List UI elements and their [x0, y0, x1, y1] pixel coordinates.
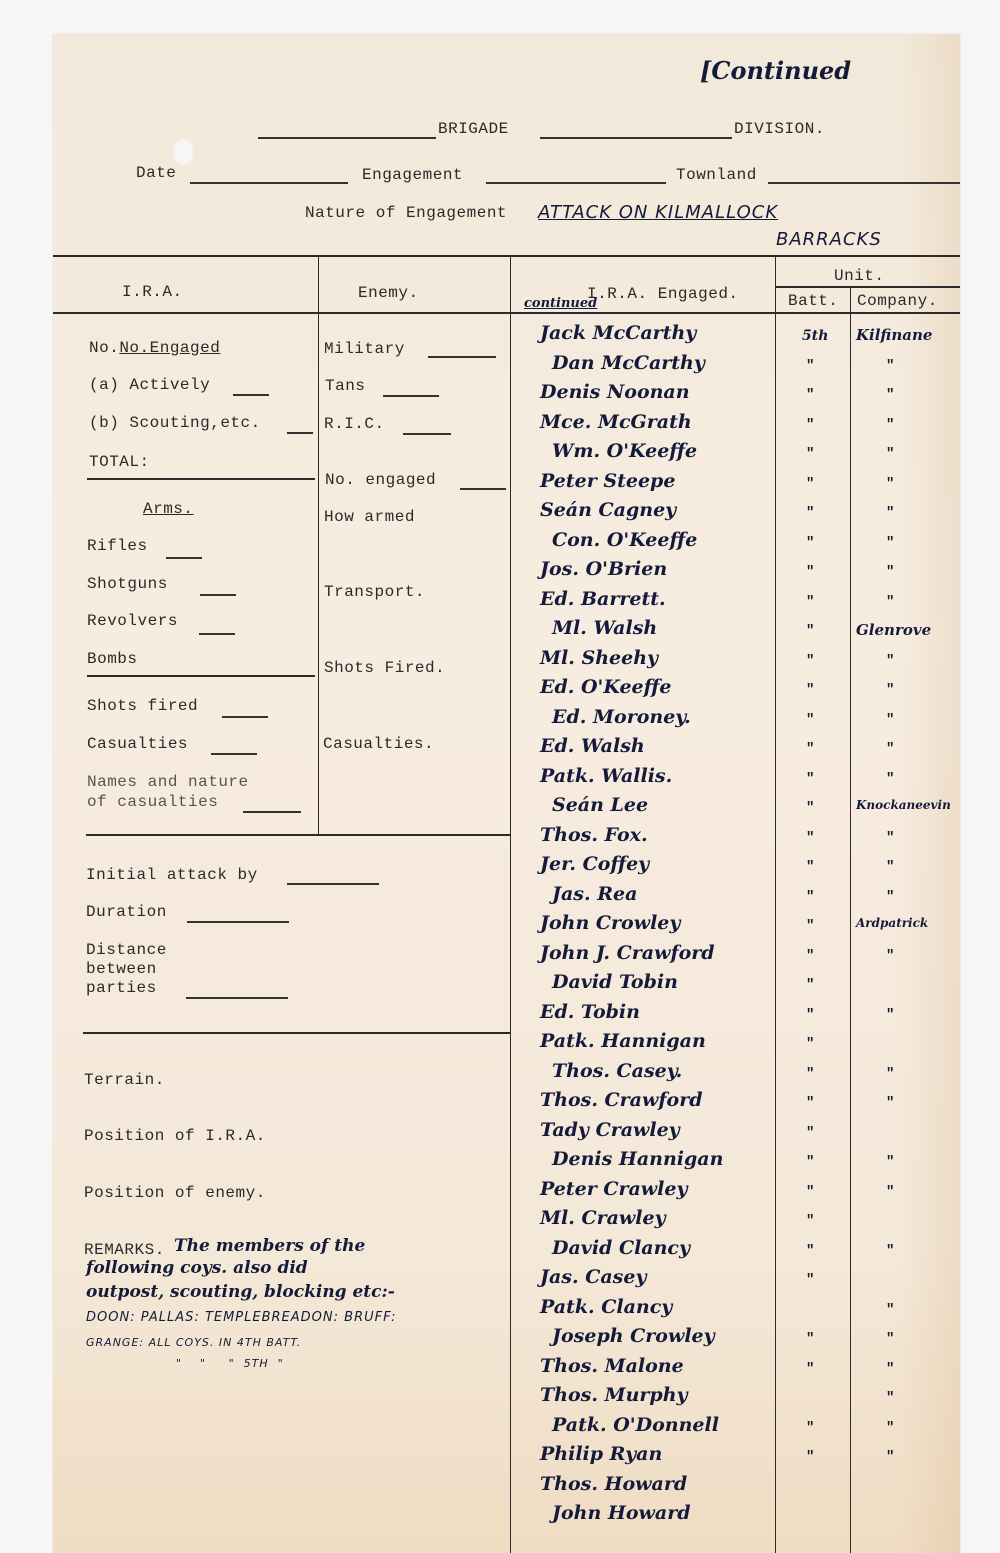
engaged-batt: " — [806, 417, 814, 433]
engaged-company: " — [886, 358, 894, 374]
engaged-name: Thos. Crawford — [540, 1089, 703, 1111]
engaged-company: " — [886, 889, 894, 905]
tans-field[interactable] — [383, 395, 439, 397]
engaged-company: " — [886, 446, 894, 462]
distance-label-1: Distance — [86, 941, 167, 959]
engaged-batt: " — [806, 948, 814, 964]
engaged-company: " — [886, 1361, 894, 1377]
actively-label: (a) Actively — [89, 376, 210, 394]
engaged-batt: " — [806, 859, 814, 875]
col-header-batt: Batt. — [788, 292, 839, 310]
remarks-line-4: DOON: PALLAS: TEMPLEBREADON: BRUFF: — [86, 1310, 396, 1325]
position-enemy-label: Position of enemy. — [84, 1184, 266, 1202]
engaged-batt-divider — [775, 256, 776, 1553]
bombs-label: Bombs — [87, 650, 138, 668]
col-header-company: Company. — [857, 292, 938, 310]
engagement-label: Engagement — [362, 166, 463, 184]
engaged-name: Ml. Sheehy — [540, 647, 658, 669]
engaged-batt: " — [806, 830, 814, 846]
engaged-batt: 5th — [802, 328, 828, 344]
rifles-label: Rifles — [87, 537, 148, 555]
engaged-batt: " — [806, 741, 814, 757]
ric-field[interactable] — [403, 433, 451, 435]
brigade-field[interactable] — [258, 137, 436, 139]
engaged-name: David Clancy — [552, 1237, 690, 1259]
ira-shots-fired-field[interactable] — [222, 716, 268, 718]
engaged-name: Thos. Malone — [540, 1355, 684, 1377]
continued-annotation: [Continued — [700, 56, 851, 85]
engaged-name: Seán Lee — [552, 794, 648, 816]
enemy-shots-fired-label: Shots Fired. — [324, 659, 445, 677]
nature-of-engagement-value-line2: BARRACKS — [776, 229, 882, 250]
distance-label-3: parties — [86, 979, 157, 997]
distance-label-2: between — [86, 960, 157, 978]
terrain-label: Terrain. — [84, 1071, 165, 1089]
names-nature-label-1: Names and nature — [87, 773, 249, 791]
nature-of-engagement-value-line1: ATTACK ON KILMALLOCK — [538, 202, 778, 223]
enemy-casualties-label: Casualties. — [323, 735, 434, 753]
engaged-batt: " — [806, 1154, 814, 1170]
unit-subheader-rule — [776, 286, 960, 288]
engaged-company: " — [886, 1154, 894, 1170]
engaged-batt: " — [806, 1361, 814, 1377]
engaged-batt: " — [806, 1420, 814, 1436]
engaged-batt: " — [806, 1095, 814, 1111]
engaged-company: " — [886, 741, 894, 757]
engaged-company: " — [886, 1007, 894, 1023]
date-field[interactable] — [190, 182, 348, 184]
engaged-company: " — [886, 505, 894, 521]
engaged-company: " — [886, 476, 894, 492]
engaged-company: " — [886, 1331, 894, 1347]
engaged-batt: " — [806, 564, 814, 580]
engaged-batt: " — [806, 771, 814, 787]
engaged-name: Thos. Casey. — [552, 1060, 682, 1082]
military-label: Military — [324, 340, 405, 358]
engaged-batt: " — [806, 800, 814, 816]
remarks-line-1: The members of the — [174, 1236, 365, 1256]
continued-note: continued — [524, 296, 597, 311]
engaged-company: " — [886, 1184, 894, 1200]
engaged-batt: " — [806, 977, 814, 993]
engaged-batt: " — [806, 623, 814, 639]
duration-field[interactable] — [187, 921, 289, 923]
brigade-label: BRIGADE — [438, 120, 509, 138]
bombs-rule — [87, 675, 315, 677]
date-label: Date — [136, 164, 176, 182]
engaged-name: Dan McCarthy — [552, 352, 705, 374]
engaged-company: " — [886, 535, 894, 551]
engaged-company: " — [886, 417, 894, 433]
ira-shots-fired-label: Shots fired — [87, 697, 198, 715]
engaged-batt: " — [806, 387, 814, 403]
engaged-company: " — [886, 1095, 894, 1111]
engaged-name: Ed. Walsh — [540, 735, 645, 757]
engagement-field[interactable] — [486, 182, 666, 184]
col-header-ira: I.R.A. — [122, 283, 183, 301]
section-rule-1 — [86, 834, 510, 836]
division-field[interactable] — [540, 137, 732, 139]
scouting-field[interactable] — [287, 432, 313, 434]
engaged-company: " — [886, 859, 894, 875]
enemy-engaged-divider — [510, 256, 511, 1553]
actively-field[interactable] — [233, 394, 269, 396]
names-nature-label-2: of casualties — [87, 793, 218, 811]
engaged-batt: " — [806, 682, 814, 698]
engaged-name: Tady Crawley — [540, 1119, 680, 1141]
engaged-name: Ml. Crawley — [540, 1207, 666, 1229]
engaged-batt: " — [806, 918, 814, 934]
punch-hole — [173, 139, 193, 165]
remarks-line-6: " " " 5TH " — [176, 1357, 284, 1370]
engaged-company: " — [886, 1066, 894, 1082]
engaged-name: Joseph Crowley — [552, 1325, 715, 1347]
engaged-company: " — [886, 1243, 894, 1259]
engaged-batt: " — [806, 594, 814, 610]
remarks-label: REMARKS. — [84, 1241, 165, 1259]
engaged-name: David Tobin — [552, 971, 678, 993]
no-engaged-text: No.Engaged — [119, 339, 220, 357]
engaged-name: Denis Noonan — [540, 381, 690, 403]
enemy-no-engaged-field[interactable] — [460, 488, 506, 490]
engaged-company: " — [886, 1390, 894, 1406]
engaged-company: " — [886, 771, 894, 787]
col-header-enemy: Enemy. — [358, 284, 419, 302]
engaged-name: Jas. Rea — [552, 883, 637, 905]
engaged-company: " — [886, 830, 894, 846]
remarks-line-3: outpost, scouting, blocking etc:- — [86, 1282, 395, 1302]
enemy-no-engaged-label: No. engaged — [325, 471, 436, 489]
col-header-ira-engaged: I.R.A. Engaged. — [587, 285, 739, 303]
engaged-name: Patk. Clancy — [540, 1296, 672, 1318]
engaged-company: " — [886, 1420, 894, 1436]
section-rule-2 — [83, 1032, 510, 1034]
engaged-company: " — [886, 948, 894, 964]
engaged-name: Seán Cagney — [540, 499, 676, 521]
tans-label: Tans — [325, 377, 365, 395]
engaged-batt: " — [806, 358, 814, 374]
engaged-name: Thos. Howard — [540, 1473, 687, 1495]
engaged-name: Thos. Murphy — [540, 1384, 688, 1406]
position-ira-label: Position of I.R.A. — [84, 1127, 266, 1145]
engaged-batt: " — [806, 476, 814, 492]
townland-label: Townland — [676, 166, 757, 184]
engaged-company: Glenrove — [856, 621, 931, 639]
transport-label: Transport. — [324, 583, 425, 601]
engaged-company: " — [886, 653, 894, 669]
engaged-name: John J. Crawford — [540, 942, 715, 964]
col-header-unit: Unit. — [834, 267, 885, 285]
division-label: DIVISION. — [734, 120, 825, 138]
engaged-name: Ed. Moroney. — [552, 706, 691, 728]
engaged-company: " — [886, 682, 894, 698]
engaged-name: Wm. O'Keeffe — [552, 440, 697, 462]
engaged-company: " — [886, 564, 894, 580]
engaged-name: Jos. O'Brien — [540, 558, 667, 580]
engaged-company: " — [886, 712, 894, 728]
engaged-name: Denis Hannigan — [552, 1148, 723, 1170]
engaged-company: Ardpatrick — [856, 916, 928, 930]
engaged-batt: " — [806, 1331, 814, 1347]
engaged-name: Con. O'Keeffe — [552, 529, 697, 551]
engaged-name: John Howard — [552, 1502, 691, 1524]
engaged-batt: " — [806, 1184, 814, 1200]
engaged-batt: " — [806, 1125, 814, 1141]
shotguns-field[interactable] — [200, 594, 236, 596]
engaged-batt: " — [806, 712, 814, 728]
table-top-rule — [53, 255, 960, 257]
ric-label: R.I.C. — [324, 415, 385, 433]
engaged-name: Ml. Walsh — [552, 617, 657, 639]
shotguns-label: Shotguns — [87, 575, 168, 593]
engaged-batt: " — [806, 505, 814, 521]
engaged-name: Jer. Coffey — [540, 853, 649, 875]
engaged-name: Thos. Fox. — [540, 824, 648, 846]
revolvers-field[interactable] — [199, 633, 235, 635]
ira-casualties-label: Casualties — [87, 735, 188, 753]
engaged-batt: " — [806, 535, 814, 551]
total-rule — [87, 478, 315, 480]
ira-enemy-divider — [318, 256, 319, 834]
arms-heading: Arms. — [143, 500, 194, 518]
ira-casualties-field[interactable] — [211, 753, 257, 755]
engaged-batt: " — [806, 1036, 814, 1052]
engaged-batt: " — [806, 653, 814, 669]
names-nature-field[interactable] — [243, 811, 301, 813]
engaged-company: Kilfinane — [856, 326, 932, 344]
total-label: TOTAL: — [89, 453, 150, 471]
military-field[interactable] — [428, 356, 496, 358]
no-engaged-label: No.No.Engaged — [89, 339, 220, 357]
engaged-batt: " — [806, 1007, 814, 1023]
engaged-company: Knockaneevin — [856, 798, 951, 812]
scouting-label: (b) Scouting,etc. — [89, 414, 261, 432]
revolvers-label: Revolvers — [87, 612, 178, 630]
engaged-name: Ed. O'Keeffe — [540, 676, 671, 698]
batt-company-divider — [850, 288, 851, 1553]
engaged-name: Mce. McGrath — [540, 411, 692, 433]
initial-attack-label: Initial attack by — [86, 866, 258, 884]
engaged-name: Peter Steepe — [540, 470, 675, 492]
engaged-batt: " — [806, 1449, 814, 1465]
engaged-name: Peter Crawley — [540, 1178, 688, 1200]
distance-field[interactable] — [186, 997, 288, 999]
remarks-line-5: GRANGE: ALL COYS. IN 4TH BATT. — [86, 1336, 301, 1349]
engaged-name: Ed. Tobin — [540, 1001, 640, 1023]
engaged-batt: " — [806, 1066, 814, 1082]
townland-field[interactable] — [768, 182, 960, 184]
duration-label: Duration — [86, 903, 167, 921]
engaged-batt: " — [806, 446, 814, 462]
engaged-name: John Crowley — [540, 912, 680, 934]
engaged-name: Jack McCarthy — [540, 322, 696, 344]
how-armed-label: How armed — [324, 508, 415, 526]
engaged-company: " — [886, 1302, 894, 1318]
engaged-name: Jas. Casey — [540, 1266, 647, 1288]
initial-attack-field[interactable] — [287, 883, 379, 885]
engaged-batt: " — [806, 1272, 814, 1288]
engaged-name: Patk. Hannigan — [540, 1030, 706, 1052]
engaged-name: Patk. Wallis. — [540, 765, 672, 787]
table-header-rule — [53, 312, 960, 314]
nature-of-engagement-label: Nature of Engagement — [305, 204, 507, 222]
engaged-name: Philip Ryan — [540, 1443, 662, 1465]
engaged-company: " — [886, 387, 894, 403]
engaged-company: " — [886, 594, 894, 610]
engaged-name: Patk. O'Donnell — [552, 1414, 719, 1436]
engaged-company: " — [886, 1449, 894, 1465]
rifles-field[interactable] — [166, 557, 202, 559]
remarks-line-2: following coys. also did — [86, 1258, 308, 1278]
engaged-batt: " — [806, 1213, 814, 1229]
engaged-batt: " — [806, 889, 814, 905]
engaged-name: Ed. Barrett. — [540, 588, 666, 610]
engaged-batt: " — [806, 1243, 814, 1259]
